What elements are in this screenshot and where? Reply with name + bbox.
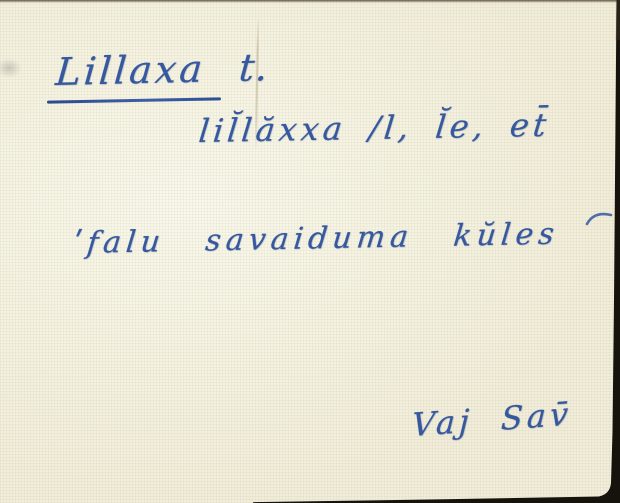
pencil-smudge xyxy=(0,58,22,78)
stray-ink-mark xyxy=(585,207,615,231)
headword-text: Lillaxa xyxy=(54,47,207,94)
handwritten-headword-line: Lillaxat. xyxy=(54,45,270,94)
scanned-index-card: Lillaxat. lil̆lăxxa /l, l̆e, et̄ ʹfalu s… xyxy=(0,0,620,503)
headword-underline-stroke xyxy=(47,97,221,104)
scan-edge-top xyxy=(0,0,620,3)
handwritten-definition-line: ʹfalu savaiduma kŭles xyxy=(72,217,561,261)
handwritten-source-abbreviation: Vaj Sav̄ xyxy=(411,395,573,444)
headword-note: t. xyxy=(237,45,270,90)
handwritten-pronunciation-line: lil̆lăxxa /l, l̆e, et̄ xyxy=(197,106,552,150)
